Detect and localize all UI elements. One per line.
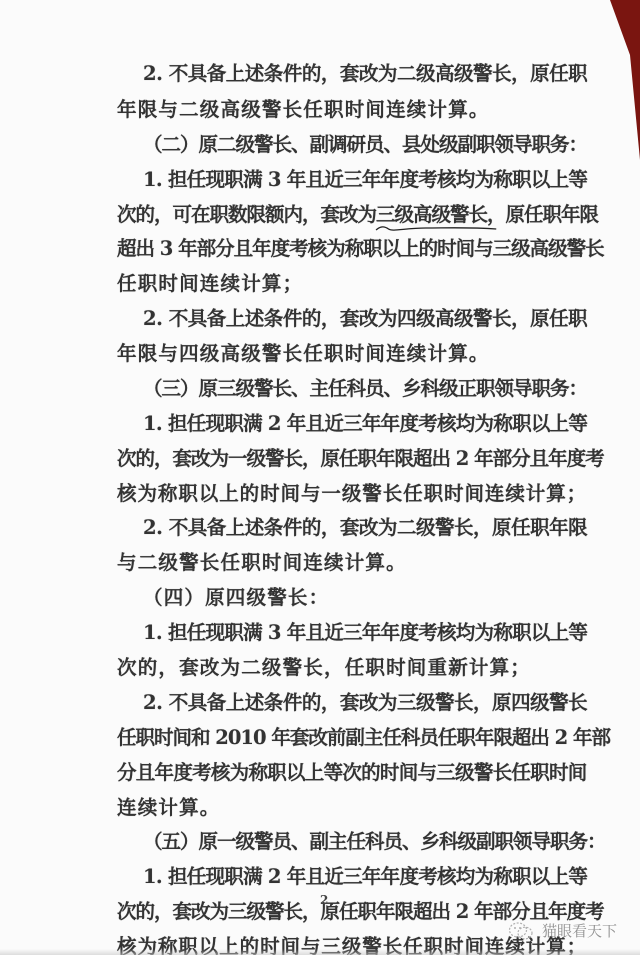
text-line: 1. 担任现职满 2 年且近三年年度考核均为称职以上等 <box>143 412 613 436</box>
text-line: 2. 不具备上述条件的，套改为三级警长，原四级警长 <box>143 691 613 715</box>
watermark: 猫眼看天下 <box>508 920 617 941</box>
text-line: 年限与四级高级警长任职时间连续计算。 <box>117 342 587 366</box>
text-line: 次的，可在职数限额内，套改为三级高级警长，原任职年限 <box>117 203 587 227</box>
wavy-underline-mark <box>374 224 498 232</box>
text-line: 超出 3 年部分且年度考核为称职以上的时间与三级高级警长 <box>117 237 587 261</box>
wechat-icon <box>508 921 534 941</box>
text-line: 2. 不具备上述条件的，套改为二级高级警长，原任职 <box>143 62 613 86</box>
watermark-label: 猫眼看天下 <box>542 920 617 941</box>
text-line: （三）原三级警长、主任科员、乡科级正职领导职务： <box>143 377 613 401</box>
handwritten-underlined-text: 三级高级警长 <box>376 203 487 226</box>
text-line: 2. 不具备上述条件的，套改为二级警长，原任职年限 <box>143 516 613 540</box>
text-line: 1. 担任现职满 3 年且近三年年度考核均为称职以上等 <box>143 621 613 645</box>
text-line: 连续计算。 <box>117 796 587 820</box>
text-line: 1. 担任现职满 3 年且近三年年度考核均为称职以上等 <box>143 168 613 192</box>
text-line: 2. 不具备上述条件的，套改为四级高级警长，原任职 <box>143 307 613 331</box>
scan-edge-shadow <box>0 949 640 955</box>
text-segment: 次的，可在职数限额内，套改为 <box>117 203 376 226</box>
text-line: 年限与二级高级警长任职时间连续计算。 <box>117 98 587 122</box>
text-line: （五）原一级警员、副主任科员、乡科级副职领导职务： <box>143 830 613 854</box>
text-line: 任职时间和 2010 年套改前副主任科员任职年限超出 2 年部 <box>117 726 587 750</box>
document-page: 2. 不具备上述条件的，套改为二级高级警长，原任职年限与二级高级警长任职时间连续… <box>0 0 640 955</box>
text-line: 任职时间连续计算； <box>117 272 587 296</box>
text-line: 1. 担任现职满 2 年且近三年年度考核均为称职以上等 <box>143 865 613 889</box>
page-number: 2 <box>320 893 328 907</box>
text-line: （二）原二级警长、副调研员、县处级副职领导职务： <box>143 133 613 157</box>
text-line: 分且年度考核为称职以上等次的时间与三级警长任职时间 <box>117 761 587 785</box>
text-line: 次的，套改为一级警长，原任职年限超出 2 年部分且年度考 <box>117 447 587 471</box>
text-line: 与二级警长任职时间连续计算。 <box>117 551 587 575</box>
text-line: 核为称职以上的时间与一级警长任职时间连续计算； <box>117 482 587 506</box>
text-segment: ，原任职年限 <box>487 203 598 226</box>
text-line: 次的，套改为二级警长，任职时间重新计算； <box>117 656 587 680</box>
text-line: （四）原四级警长： <box>143 586 613 610</box>
